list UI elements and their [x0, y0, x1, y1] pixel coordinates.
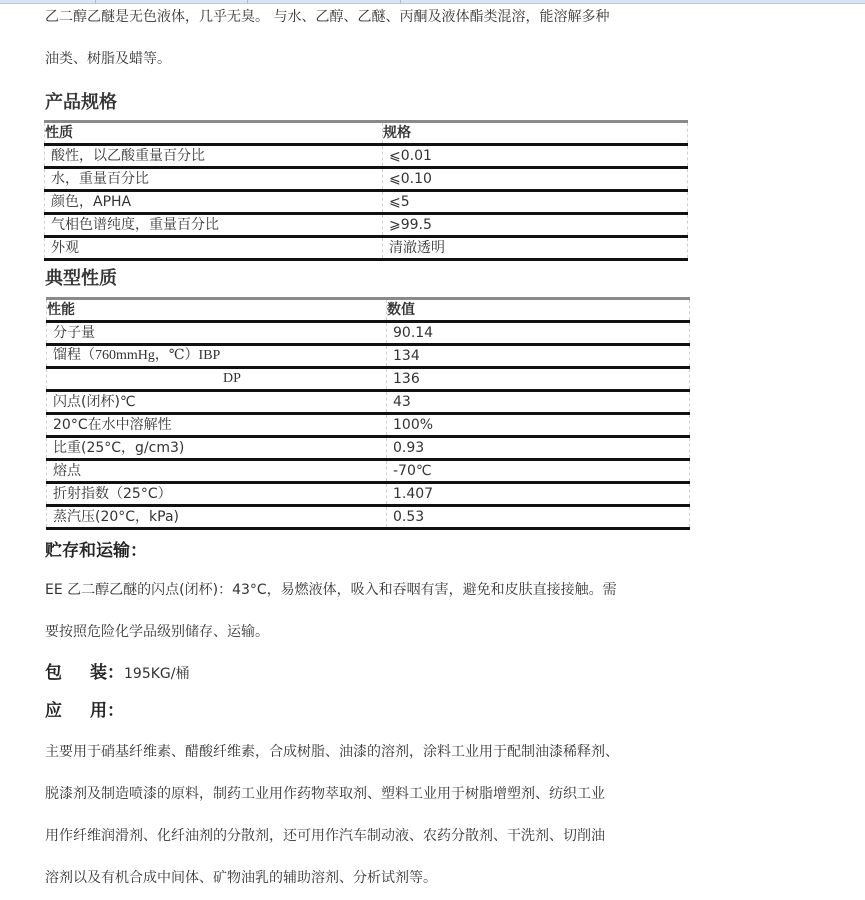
table-row: 馏程（760mmHg，℃）IBP 134 — [47, 345, 690, 368]
typical-section-title: 典型性质 — [45, 264, 117, 290]
table-row: 折射指数（25°C） 1.407 — [47, 483, 690, 506]
cell-value: -70℃ — [387, 460, 690, 483]
cell-value: ⩽0.01 — [383, 145, 688, 168]
packaging-line: 包装：195KG/桶 — [45, 652, 695, 695]
table-row: 闪点(闭杯)℃ 43 — [47, 391, 690, 414]
table-row: 熔点 -70℃ — [47, 460, 690, 483]
packaging-label-b: 装： — [90, 663, 124, 683]
application-line: 应用： — [45, 690, 695, 733]
application-label-b: 用： — [90, 701, 124, 721]
cell-value: 清澈透明 — [383, 237, 688, 260]
table-row: 酸性，以乙酸重量百分比 ⩽0.01 — [45, 145, 688, 168]
cell-value: ⩽0.10 — [383, 168, 688, 191]
cell-property: 气相色谱纯度，重量百分比 — [45, 214, 383, 237]
table-row: 分子量 90.14 — [47, 322, 690, 345]
cell-value: 134 — [387, 345, 690, 368]
column-header-value: 数值 — [387, 299, 690, 322]
cell-property: 分子量 — [47, 322, 387, 345]
column-header-spec: 规格 — [383, 122, 688, 145]
cell-value: 136 — [387, 368, 690, 391]
cell-property: 馏程（760mmHg，℃）IBP — [47, 345, 387, 368]
cell-property: 颜色，APHA — [45, 191, 383, 214]
table-row: 气相色谱纯度，重量百分比 ⩾99.5 — [45, 214, 688, 237]
table-row: 颜色，APHA ⩽5 — [45, 191, 688, 214]
typical-properties-table: 性能 数值 分子量 90.14 馏程（760mmHg，℃）IBP 134 DP … — [46, 297, 690, 530]
packaging-label-a: 包 — [45, 663, 62, 683]
column-header-property: 性能 — [47, 299, 387, 322]
cell-value: ⩾99.5 — [383, 214, 688, 237]
cell-value: 0.53 — [387, 506, 690, 529]
cell-value: 90.14 — [387, 322, 690, 345]
cell-property: 水，重量百分比 — [45, 168, 383, 191]
application-line-4: 溶剂以及有机合成中间体、矿物油乳的辅助溶剂、分析试剂等。 — [45, 857, 695, 899]
cell-value: 43 — [387, 391, 690, 414]
table-header-row: 性质 规格 — [45, 122, 688, 145]
cell-value: 100% — [387, 414, 690, 437]
application-line-3: 用作纤维润滑剂、化纤油剂的分散剂，还可用作汽车制动液、农药分散剂、干洗剂、切削油 — [45, 815, 695, 857]
storage-line-1: EE 乙二醇乙醚的闪点(闭杯)：43°C，易燃液体，吸入和吞咽有害，避免和皮肤直… — [45, 569, 695, 611]
application-line-1: 主要用于硝基纤维素、醋酸纤维素，合成树脂、油漆的溶剂，涂料工业用于配制油漆稀释剂… — [45, 731, 695, 773]
spec-table: 性质 规格 酸性，以乙酸重量百分比 ⩽0.01 水，重量百分比 ⩽0.10 颜色… — [44, 120, 688, 261]
table-row: DP 136 — [47, 368, 690, 391]
cell-property: DP — [47, 368, 387, 391]
storage-section-title: 贮存和运输： — [45, 536, 147, 561]
application-label-a: 应 — [45, 701, 62, 721]
application-line-2: 脱漆剂及制造喷漆的原料，制药工业用作药物萃取剂、塑料工业用于树脂增塑剂、纺织工业 — [45, 773, 695, 815]
cell-property: 熔点 — [47, 460, 387, 483]
cell-property: 酸性，以乙酸重量百分比 — [45, 145, 383, 168]
cell-property: 折射指数（25°C） — [47, 483, 387, 506]
storage-line-2: 要按照危险化学品级别储存、运输。 — [45, 611, 695, 653]
spec-section-title: 产品规格 — [45, 88, 117, 114]
table-row: 外观 清澈透明 — [45, 237, 688, 260]
cell-property: 20°C在水中溶解性 — [47, 414, 387, 437]
packaging-value: 195KG/桶 — [124, 666, 189, 682]
cell-value: ⩽5 — [383, 191, 688, 214]
cell-value: 0.93 — [387, 437, 690, 460]
cell-value: 1.407 — [387, 483, 690, 506]
table-row: 蒸汽压(20°C，kPa) 0.53 — [47, 506, 690, 529]
intro-line-1: 乙二醇乙醚是无色液体，几乎无臭。 与水、乙醇、乙醚、丙酮及液体酯类混溶，能溶解多… — [45, 0, 695, 38]
table-row: 水，重量百分比 ⩽0.10 — [45, 168, 688, 191]
cell-property: 外观 — [45, 237, 383, 260]
cell-property: 比重(25°C，g/cm3) — [47, 437, 387, 460]
cell-property: 蒸汽压(20°C，kPa) — [47, 506, 387, 529]
intro-line-2: 油类、树脂及蜡等。 — [45, 38, 695, 80]
table-row: 比重(25°C，g/cm3) 0.93 — [47, 437, 690, 460]
table-header-row: 性能 数值 — [47, 299, 690, 322]
cell-property: 闪点(闭杯)℃ — [47, 391, 387, 414]
column-header-property: 性质 — [45, 122, 383, 145]
table-row: 20°C在水中溶解性 100% — [47, 414, 690, 437]
